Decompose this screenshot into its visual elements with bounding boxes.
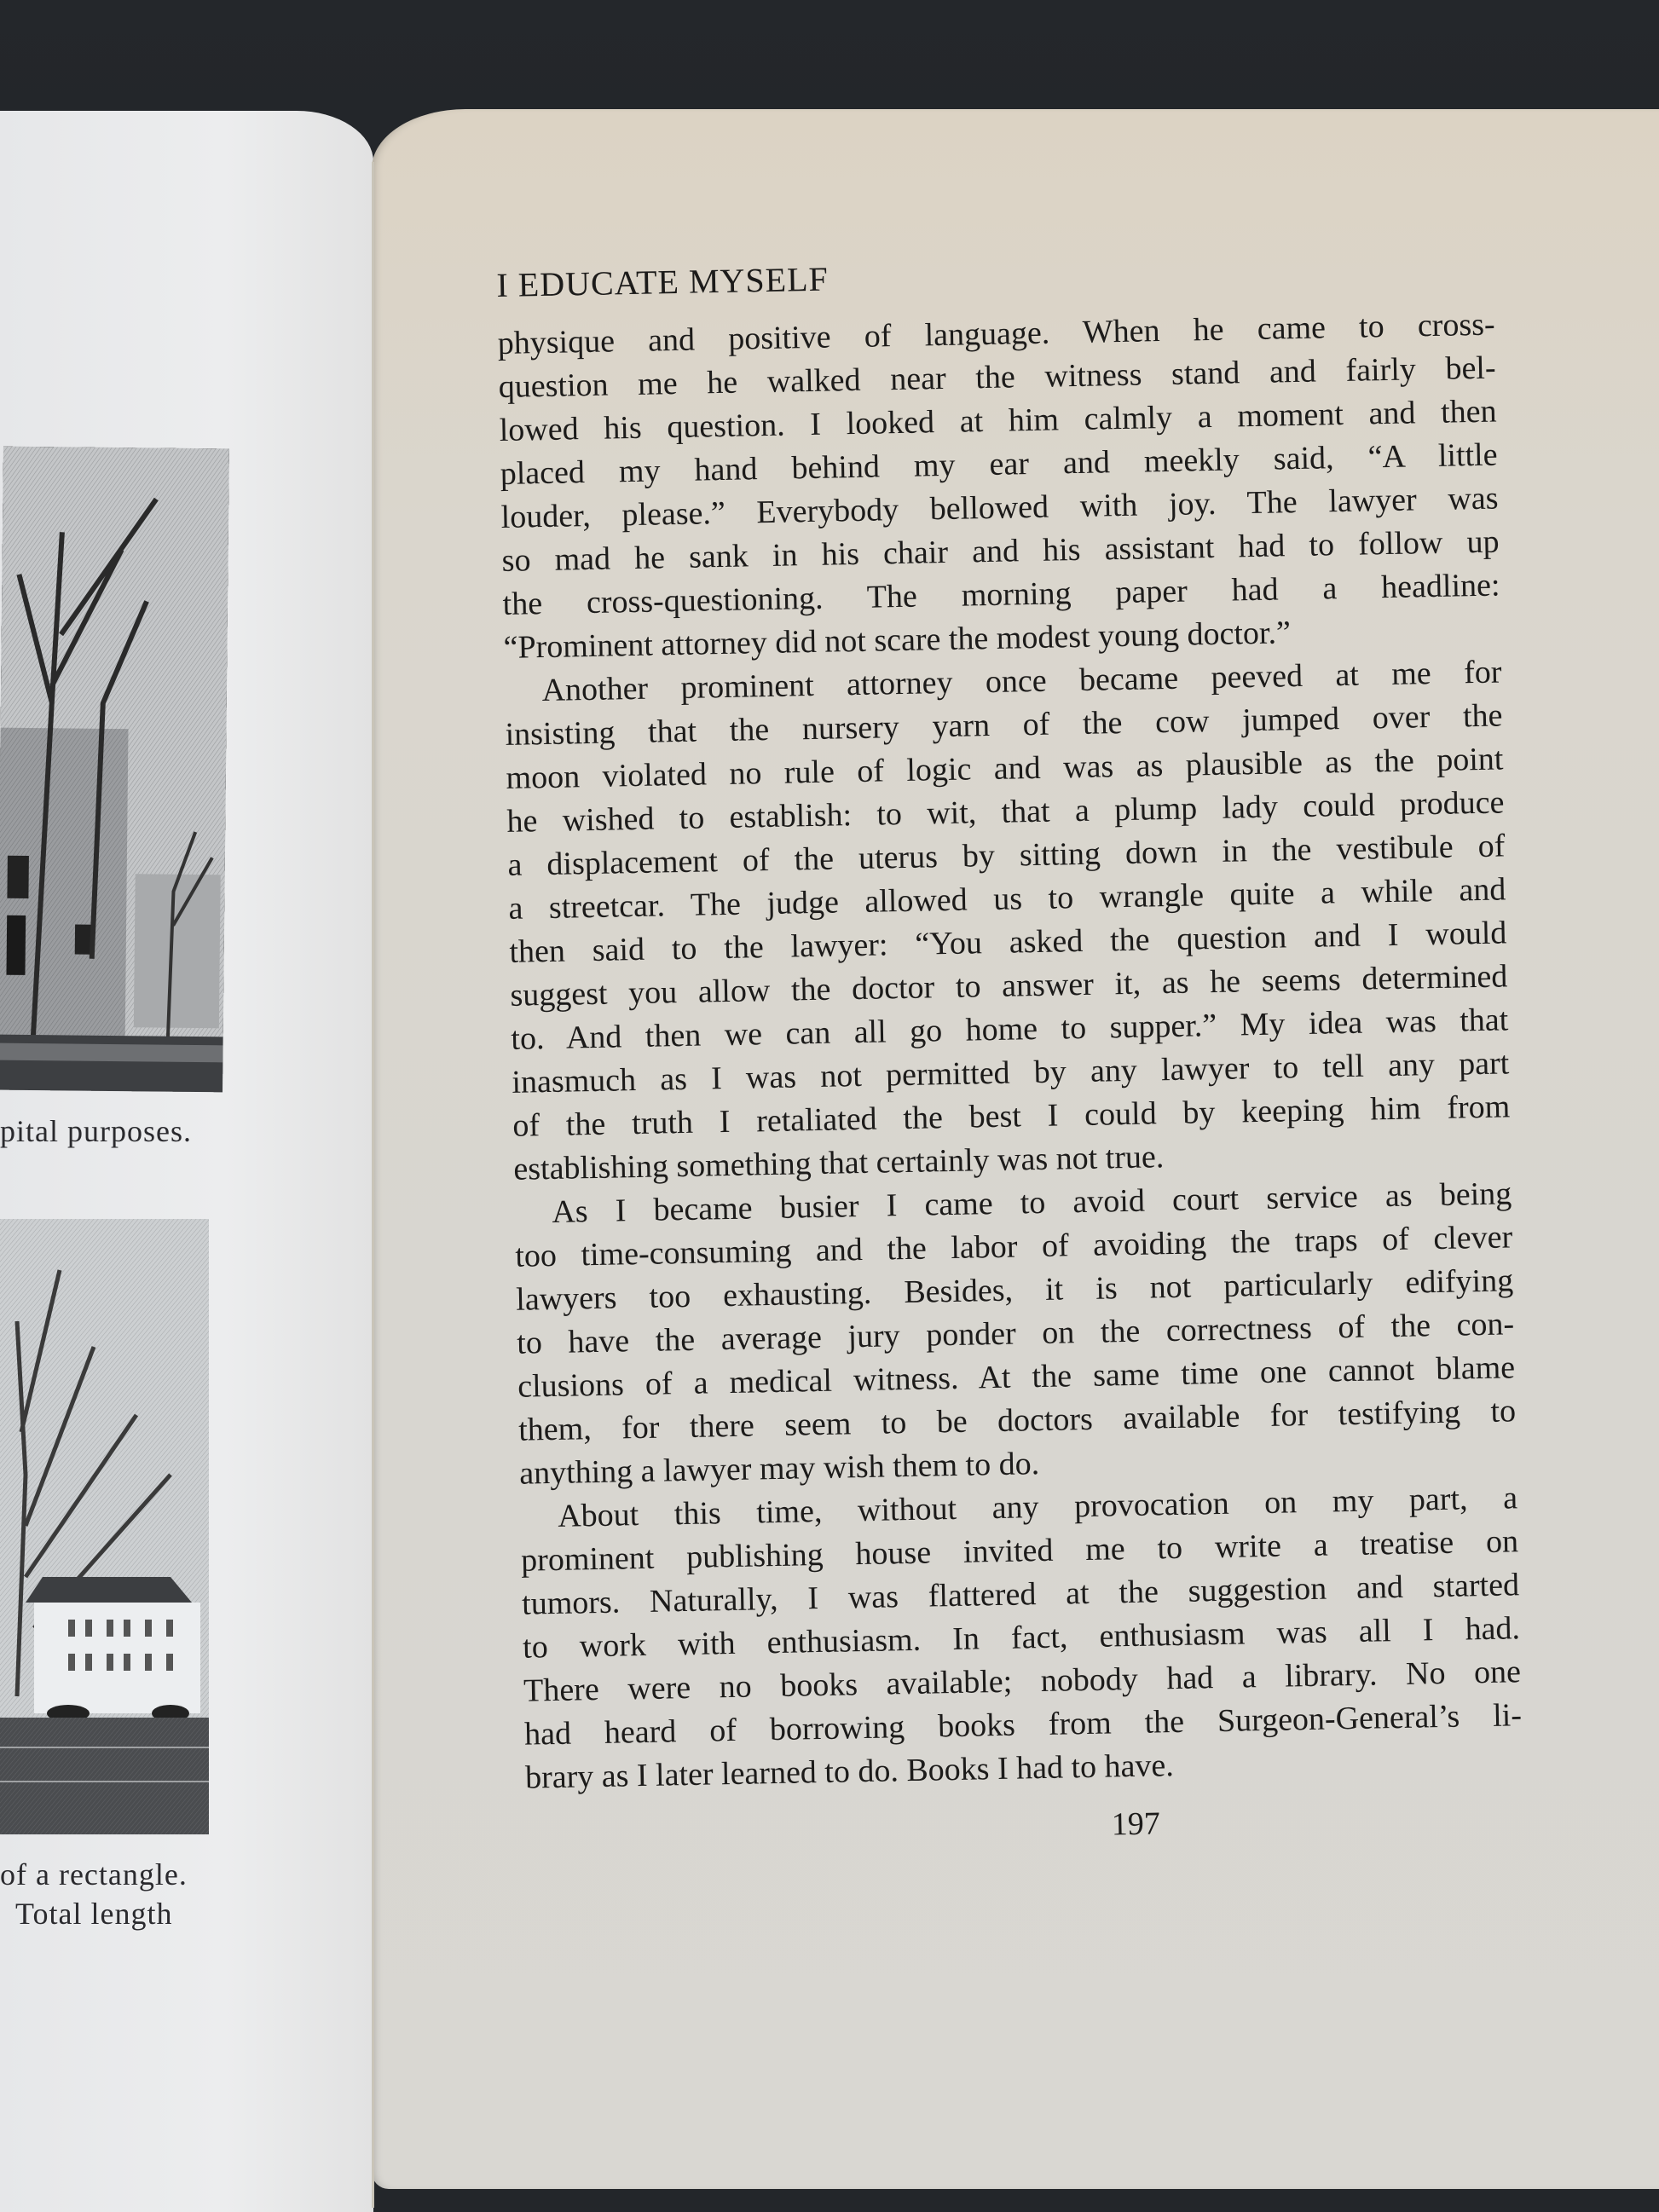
book-gutter	[372, 162, 374, 2208]
halftone-photo-image	[0, 447, 229, 1093]
paragraph: Another prominent attorney once became p…	[504, 650, 1512, 1191]
paragraph: As I became busier I came to avoid court…	[514, 1172, 1517, 1495]
photo-1-caption: pital purposes.	[0, 1113, 192, 1149]
left-page: pital purposes.	[0, 111, 373, 2212]
page-text-block: I EDUCATE MYSELF physique and positive o…	[496, 245, 1524, 1855]
photo-2-caption-line-2: Total length	[15, 1896, 172, 1932]
paragraph: About this time, without any provocation…	[520, 1476, 1523, 1799]
body-paragraphs: physique and positive of language. When …	[497, 303, 1523, 1800]
halftone-photo-image	[0, 1219, 209, 1834]
photo-building-with-trees	[0, 447, 229, 1093]
photo-2-caption-line-1: of a rectangle.	[0, 1857, 188, 1892]
paragraph: physique and positive of language. When …	[497, 303, 1501, 670]
photo-hospital-building	[0, 1219, 209, 1834]
